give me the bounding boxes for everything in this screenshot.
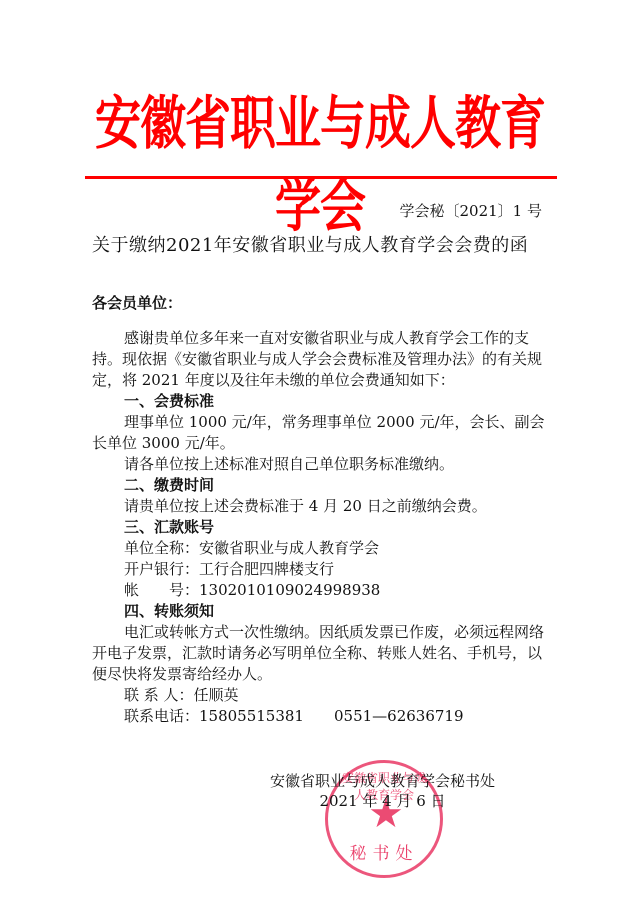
intro-paragraph: 感谢贵单位多年来一直对安徽省职业与成人教育学会工作的支持。现依据《安徽省职业与成…	[92, 328, 552, 391]
signature-block: 安徽省职业与成人教育学会秘书处 2021 年 4 月 6 日	[270, 771, 495, 811]
section-heading: 四、转账须知	[92, 601, 552, 622]
document-title: 关于缴纳2021年安徽省职业与成人教育学会会费的函	[92, 231, 528, 257]
section-line: 理事单位 1000 元/年，常务理事单位 2000 元/年，会长、副会长单位 3…	[92, 412, 552, 454]
document-body: 感谢贵单位多年来一直对安徽省职业与成人教育学会工作的支持。现依据《安徽省职业与成…	[92, 328, 552, 727]
account-number: 帐 号：1302010109024998938	[92, 580, 552, 601]
section-heading: 二、缴费时间	[92, 475, 552, 496]
section-line: 请各单位按上述标准对照自己单位职务标准缴纳。	[92, 454, 552, 475]
letterhead-red-rule	[85, 176, 557, 179]
section-heading: 三、汇款账号	[92, 517, 552, 538]
issue-date: 2021 年 4 月 6 日	[270, 791, 495, 811]
salutation: 各会员单位：	[92, 292, 182, 313]
bank-name: 开户银行：工行合肥四牌楼支行	[92, 559, 552, 580]
section-line: 请贵单位按上述会费标准于 4 月 20 日之前缴纳会费。	[92, 496, 552, 517]
contact-person: 联 系 人：任顺英	[92, 685, 552, 706]
document-number: 学会秘〔2021〕1 号	[400, 200, 543, 221]
section-line: 电汇或转帐方式一次性缴纳。因纸质发票已作废，必须远程网络开电子发票，汇款时请务必…	[92, 622, 552, 685]
issuer-name: 安徽省职业与成人教育学会秘书处	[270, 771, 495, 791]
contact-phone: 联系电话：15805515381 0551—62636719	[92, 706, 552, 727]
section-heading: 一、会费标准	[92, 391, 552, 412]
account-name: 单位全称：安徽省职业与成人教育学会	[92, 538, 552, 559]
seal-center-text: 秘书处	[328, 839, 440, 864]
